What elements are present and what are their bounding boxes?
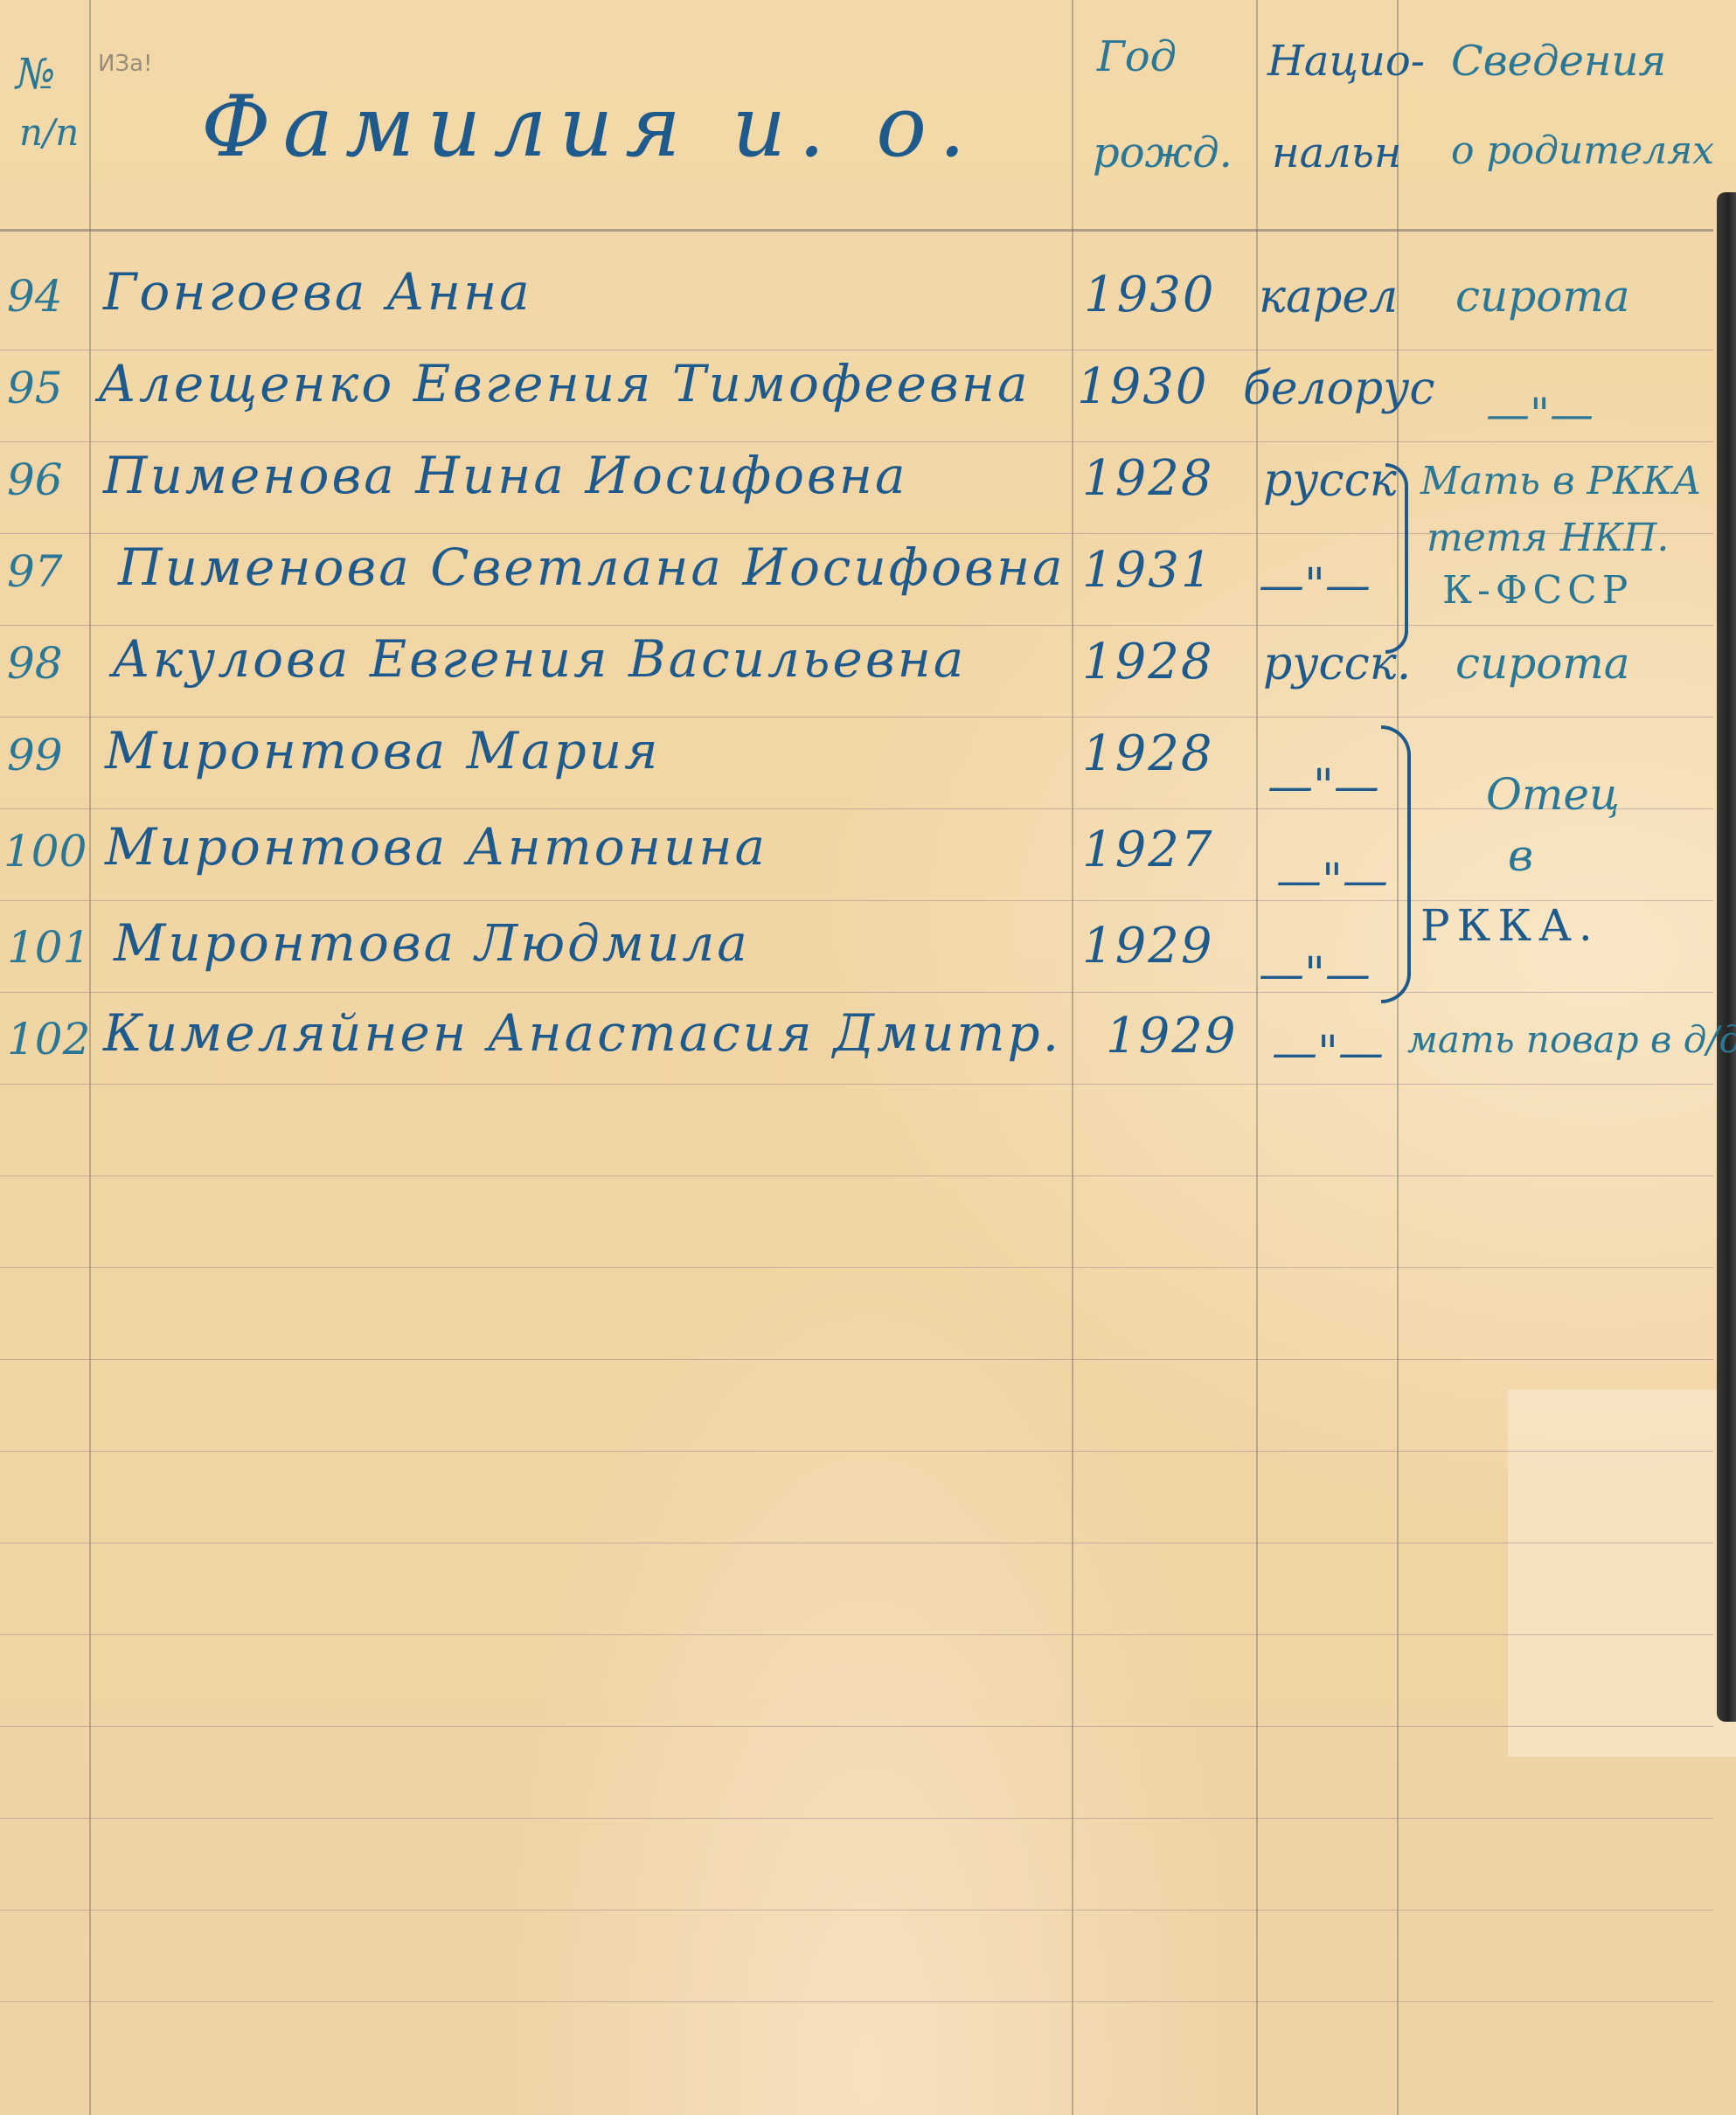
- row-nationality: карел: [1259, 271, 1398, 323]
- row-number: 95: [7, 363, 63, 413]
- row-name: Гонгоева Анна: [103, 262, 532, 322]
- row-year: 1929: [1106, 1008, 1238, 1064]
- row-name: Акулова Евгения Васильевна: [112, 629, 966, 689]
- row-rule: [0, 1634, 1713, 1635]
- row-year: 1930: [1084, 267, 1216, 323]
- bracket-rows-99-101: [1381, 725, 1411, 1003]
- column-rule-name: [1072, 0, 1073, 2115]
- group-note-96-97-line3: К-ФССР: [1442, 568, 1633, 613]
- row-number: 97: [7, 546, 63, 597]
- row-number: 99: [7, 730, 63, 780]
- group-note-96-97-line2: тетя НКП.: [1427, 516, 1669, 560]
- row-nationality: —"—: [1276, 855, 1388, 907]
- row-rule: [0, 1451, 1713, 1452]
- header-number-line2: п/п: [19, 114, 79, 152]
- header-parents-line1: Сведения: [1451, 39, 1666, 83]
- row-rule: [0, 1818, 1713, 1819]
- row-nationality: —"—: [1259, 948, 1371, 1001]
- row-name: Пименова Светлана Иосифовна: [118, 537, 1066, 597]
- row-nationality: —"—: [1259, 559, 1371, 612]
- row-rule: [0, 808, 1713, 809]
- row-year: 1930: [1077, 358, 1209, 415]
- header-nationality-line2: нальн: [1272, 131, 1402, 175]
- row-nationality: —"—: [1267, 760, 1379, 813]
- row-year: 1929: [1082, 918, 1214, 974]
- binding-strip: [1717, 192, 1736, 1722]
- row-nationality: русск: [1263, 454, 1397, 507]
- row-rule: [0, 350, 1713, 350]
- row-parents: мать повар в д/д: [1407, 1018, 1736, 1061]
- row-name: Кимеляйнен Анастасия Дмитр.: [103, 1003, 1061, 1063]
- row-parents: сирота: [1455, 638, 1630, 689]
- row-rule: [0, 625, 1713, 626]
- row-year: 1928: [1082, 725, 1214, 782]
- row-year: 1927: [1082, 822, 1214, 878]
- header-number-line1: №: [16, 52, 55, 96]
- header-parents-line2: о родителях: [1451, 131, 1714, 171]
- row-nationality: русск.: [1263, 638, 1411, 690]
- row-rule: [0, 1084, 1713, 1085]
- row-rule: [0, 1267, 1713, 1268]
- group-note-96-97-line1: Мать в РККА: [1420, 459, 1702, 503]
- row-year: 1928: [1082, 450, 1214, 507]
- row-rule: [0, 1543, 1713, 1543]
- row-nationality: белорус: [1243, 363, 1435, 415]
- row-name: Миронтова Антонина: [105, 817, 767, 877]
- row-number: 102: [7, 1014, 90, 1064]
- bracket-rows-96-97: [1385, 463, 1408, 654]
- row-rule: [0, 1175, 1713, 1176]
- header-year-line1: Год: [1097, 35, 1177, 79]
- row-rule: [0, 441, 1713, 442]
- row-rule: [0, 1359, 1713, 1360]
- row-rule: [0, 2001, 1713, 2002]
- pencil-note: ИЗа!: [98, 51, 152, 77]
- row-name: Алещенко Евгения Тимофеевна: [98, 354, 1031, 413]
- row-number: 101: [7, 922, 90, 973]
- row-parents: —"—: [1486, 389, 1594, 440]
- row-year: 1928: [1082, 634, 1214, 690]
- row-number: 100: [3, 826, 87, 877]
- group-note-99-101-line1: Отец: [1486, 769, 1620, 820]
- row-name: Миронтова Мария: [105, 721, 661, 780]
- column-rule-year: [1256, 0, 1258, 2115]
- group-note-99-101-line3: РККА.: [1420, 900, 1600, 951]
- row-name: Миронтова Людмила: [114, 913, 750, 973]
- row-parents: сирота: [1455, 271, 1630, 322]
- group-note-99-101-line2: в: [1508, 830, 1533, 881]
- faded-paper-patch: [1508, 1390, 1736, 1757]
- row-name: Пименова Нина Иосифовна: [103, 446, 908, 505]
- row-year: 1931: [1082, 542, 1214, 599]
- row-number: 98: [7, 638, 63, 689]
- row-number: 96: [7, 454, 63, 505]
- row-number: 94: [7, 271, 63, 322]
- header-name: Фамилия и. о.: [201, 83, 978, 171]
- row-rule: [0, 717, 1713, 718]
- row-rule: [0, 1910, 1713, 1910]
- header-nationality-line1: Нацио-: [1267, 39, 1425, 83]
- row-rule: [0, 992, 1713, 993]
- header-rule: [0, 229, 1713, 232]
- row-nationality: —"—: [1272, 1027, 1384, 1079]
- row-rule: [0, 1726, 1713, 1727]
- header-year-line2: рожд.: [1093, 131, 1233, 175]
